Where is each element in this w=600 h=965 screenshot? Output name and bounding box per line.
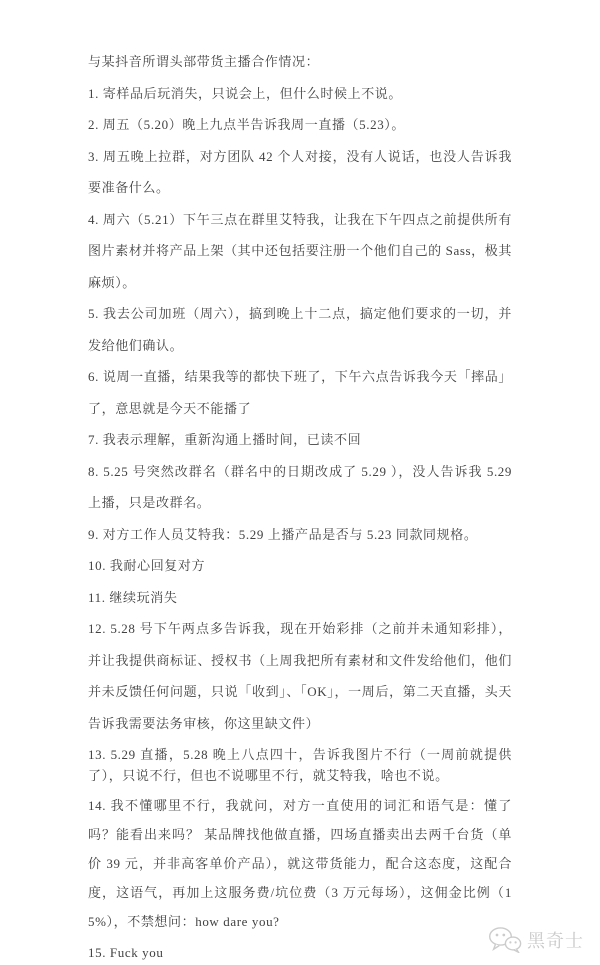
paragraph-5: 5. 我去公司加班（周六），搞到晚上十二点，搞定他们要求的一切，并发给他们确认。 [88, 298, 512, 361]
paragraph-15: 15. Fuck you [88, 937, 512, 965]
watermark-label: 黑奇士 [527, 927, 584, 953]
wechat-logo-icon [488, 926, 522, 953]
paragraph-14: 14. 我不懂哪里不行，我就问，对方一直使用的词汇和语气是：懂了吗？能看出来吗？… [88, 791, 512, 936]
paragraph-6: 6. 说周一直播，结果我等的都快下班了，下午六点告诉我今天「摔品」了，意思就是今… [88, 361, 512, 424]
paragraph-7: 7. 我表示理解，重新沟通上播时间，已读不回 [88, 424, 512, 456]
paragraph-13: 13. 5.29 直播，5.28 晚上八点四十，告诉我图片不行（一周前就提供了）… [88, 744, 512, 786]
paragraph-list: 1. 寄样品后玩消失，只说会上，但什么时候上不说。2. 周五（5.20）晚上九点… [88, 78, 512, 965]
paragraph-1: 1. 寄样品后玩消失，只说会上，但什么时候上不说。 [88, 78, 512, 110]
article-page: 与某抖音所谓头部带货主播合作情况： 1. 寄样品后玩消失，只说会上，但什么时候上… [0, 0, 600, 965]
watermark: 黑奇士 [488, 926, 584, 953]
paragraph-12: 12. 5.28 号下午两点多告诉我，现在开始彩排（之前并未通知彩排），并让我提… [88, 613, 512, 739]
paragraph-8: 8. 5.25 号突然改群名（群名中的日期改成了 5.29 ），没人告诉我 5.… [88, 456, 512, 519]
paragraph-10: 10. 我耐心回复对方 [88, 550, 512, 582]
paragraph-2: 2. 周五（5.20）晚上九点半告诉我周一直播（5.23）。 [88, 109, 512, 141]
paragraph-9: 9. 对方工作人员艾特我：5.29 上播产品是否与 5.23 同款同规格。 [88, 519, 512, 551]
paragraph-4: 4. 周六（5.21）下午三点在群里艾特我，让我在下午四点之前提供所有图片素材并… [88, 204, 512, 299]
paragraph-3: 3. 周五晚上拉群，对方团队 42 个人对接，没有人说话，也没人告诉我要准备什么… [88, 141, 512, 204]
article-title: 与某抖音所谓头部带货主播合作情况： [88, 46, 512, 78]
paragraph-11: 11. 继续玩消失 [88, 582, 512, 614]
